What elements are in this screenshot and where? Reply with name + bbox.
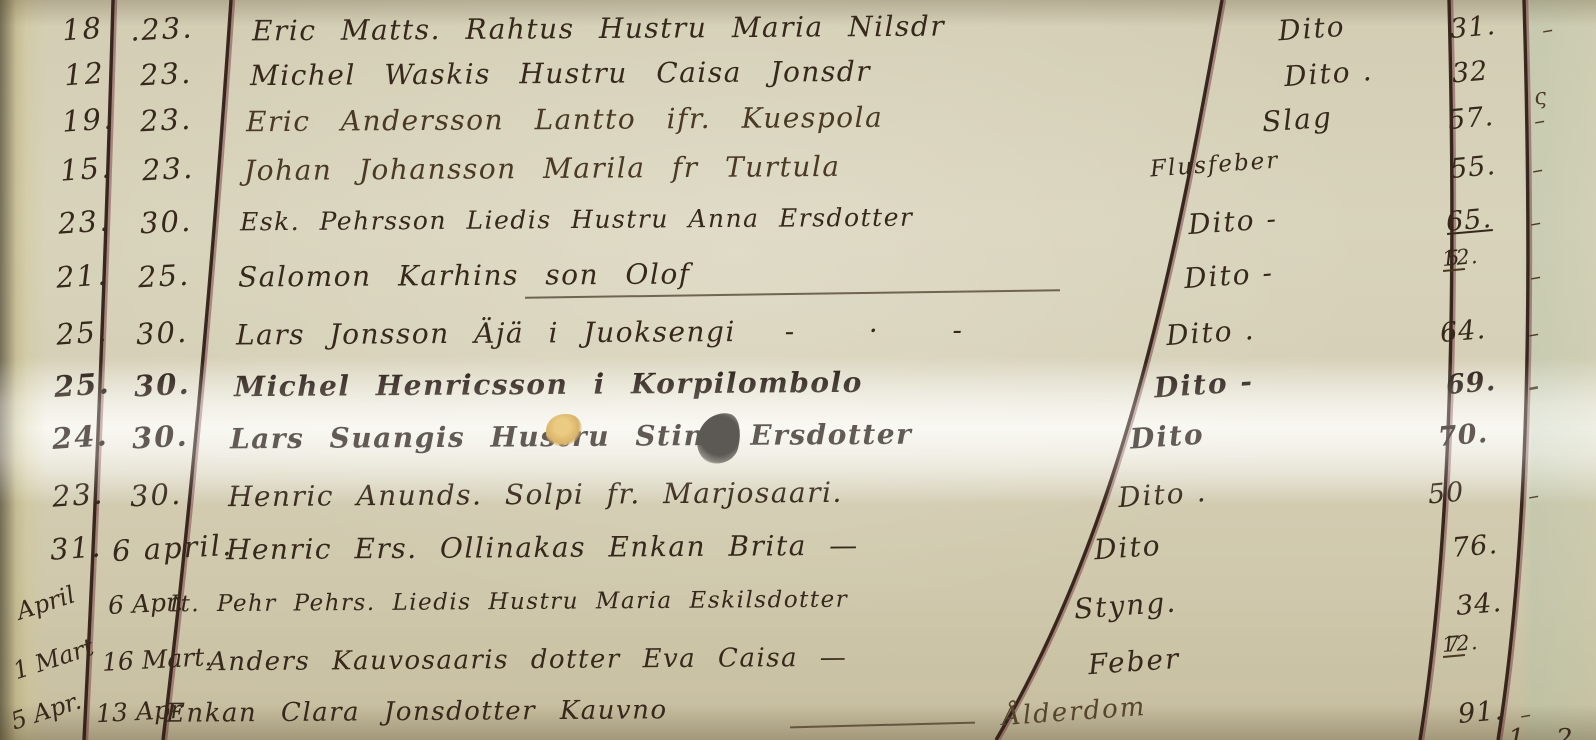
deceased-name: Johan Johansson Marila fr Turtula bbox=[244, 150, 841, 187]
burial-day: 30. bbox=[133, 367, 191, 404]
cause-of-death: Dito . bbox=[1165, 313, 1256, 352]
age-value: 55. bbox=[1449, 150, 1497, 185]
cause-of-death: Feber bbox=[1087, 642, 1181, 681]
table-row: 23. 30. Henric Anunds. Solpi fr. Marjosa… bbox=[0, 478, 1596, 526]
burial-day: 23. bbox=[139, 56, 193, 93]
death-day: 18 bbox=[61, 11, 104, 48]
cause-of-death: Dito - bbox=[1183, 256, 1275, 295]
cause-of-death: Flusfeber bbox=[1149, 148, 1280, 183]
table-row: 1 Mart 16 Mart. Anders Kauvosaaris dotte… bbox=[0, 645, 1596, 693]
cause-of-death: Dito . bbox=[1283, 54, 1374, 93]
age-value: 50 bbox=[1427, 476, 1466, 510]
margin-mark: – bbox=[1530, 157, 1545, 184]
death-day: 15. bbox=[59, 150, 113, 188]
deceased-name: Eric Andersson Lantto ifr. Kuespola bbox=[246, 101, 883, 138]
table-row: April 6 Apr. It. Pehr Pehrs. Liedis Hust… bbox=[0, 589, 1596, 637]
age-value: 65. bbox=[1445, 203, 1493, 238]
age-value: 69. bbox=[1445, 366, 1497, 401]
deceased-name: Enkan Clara Jonsdotter Kauvno bbox=[166, 695, 668, 729]
table-row: 23. 30. Esk. Pehrsson Liedis Hustru Anna… bbox=[0, 205, 1596, 253]
death-day: 5 Apr. bbox=[7, 687, 84, 736]
table-row: 5 Apr. 13 Apr Enkan Clara Jonsdotter Kau… bbox=[0, 697, 1596, 740]
age-value: 31. bbox=[1449, 10, 1497, 45]
margin-mark: – bbox=[1526, 321, 1541, 348]
cause-of-death: Dito bbox=[1277, 10, 1347, 48]
margin-mark: – bbox=[1528, 264, 1543, 291]
cause-of-death: Dito bbox=[1093, 529, 1163, 567]
table-row: 21. 25. Salomon Karhins son Olof Dito - … bbox=[0, 259, 1596, 307]
table-row: 19. 23. Eric Andersson Lantto ifr. Kuesp… bbox=[0, 103, 1596, 151]
deceased-name: Salomon Karhins son Olof bbox=[238, 257, 691, 293]
death-day: 23. bbox=[51, 476, 105, 514]
deceased-name: Henric Ers. Ollinakas Enkan Brita — bbox=[226, 529, 859, 566]
burial-day: 30. bbox=[139, 204, 193, 241]
deceased-name: Michel Waskis Hustru Caisa Jonsdr bbox=[250, 55, 871, 92]
death-day: 24. bbox=[51, 418, 110, 456]
deceased-name: Anders Kauvosaaris dotter Eva Caisa — bbox=[208, 643, 848, 677]
register-page: 18 .23. Eric Matts. Rahtus Hustru Maria … bbox=[0, 0, 1596, 740]
cause-of-death: Ålderdom bbox=[1001, 692, 1147, 732]
deceased-name: Eric Matts. Rahtus Hustru Maria Nilsdr bbox=[252, 10, 945, 48]
death-day: 21. bbox=[55, 257, 109, 295]
death-day: 12 bbox=[63, 56, 106, 93]
margin-mark: – bbox=[1526, 483, 1541, 510]
deceased-name: Esk. Pehrsson Liedis Hustru Anna Ersdott… bbox=[240, 203, 914, 237]
death-day: 25. bbox=[53, 366, 112, 404]
table-row: 25. 30. Michel Henricsson i Korpilombolo… bbox=[0, 368, 1596, 416]
burial-day: .23. bbox=[129, 10, 194, 47]
cause-of-death: Styng. bbox=[1073, 585, 1178, 625]
burial-day: 23. bbox=[141, 151, 195, 188]
age-value: 70. bbox=[1437, 418, 1489, 453]
register-rows: 18 .23. Eric Matts. Rahtus Hustru Maria … bbox=[0, 0, 1596, 740]
age-fraction-denominator: 12. bbox=[1441, 246, 1479, 270]
age-value: 34. bbox=[1455, 587, 1503, 622]
age-value: 57. bbox=[1447, 101, 1495, 136]
age-value: 91. bbox=[1457, 695, 1505, 730]
age-value: 76. bbox=[1451, 529, 1499, 564]
deceased-name: Henric Anunds. Solpi fr. Marjosaari. bbox=[228, 476, 843, 513]
table-row: 15. 23. Johan Johansson Marila fr Turtul… bbox=[0, 152, 1596, 200]
table-row: 31. 6 april. Henric Ers. Ollinakas Enkan… bbox=[0, 531, 1596, 579]
margin-mark: – bbox=[1526, 373, 1541, 401]
death-day: 31. bbox=[49, 529, 103, 567]
age-value: 32 bbox=[1451, 55, 1490, 89]
cause-of-death: Slag bbox=[1261, 101, 1334, 139]
cause-of-death: Dito - bbox=[1187, 202, 1279, 241]
table-row: 25. 30. Lars Jonsson Äjä i Juoksengi - ·… bbox=[0, 316, 1596, 364]
death-month: April bbox=[13, 580, 78, 625]
table-row: 12 23. Michel Waskis Hustru Caisa Jonsdr… bbox=[0, 57, 1596, 105]
burial-day: 30. bbox=[129, 477, 183, 514]
deceased-name: Michel Henricsson i Korpilombolo bbox=[234, 366, 863, 403]
burial-day: 6 april. bbox=[111, 528, 234, 568]
bottom-partial-age: 1 bbox=[1508, 724, 1538, 740]
burial-day: 30. bbox=[131, 419, 189, 456]
margin-mark: – bbox=[1540, 17, 1555, 44]
table-row: 18 .23. Eric Matts. Rahtus Hustru Maria … bbox=[0, 12, 1596, 60]
cause-of-death: Dito bbox=[1129, 417, 1206, 455]
bottom-partial-mark: 2 bbox=[1556, 724, 1586, 740]
deceased-name: Lars Jonsson Äjä i Juoksengi - · - bbox=[236, 313, 964, 351]
burial-day: 25. bbox=[137, 258, 191, 295]
death-day: 19. bbox=[61, 101, 115, 139]
death-day: 25. bbox=[55, 314, 109, 352]
burial-day: 30. bbox=[135, 315, 189, 352]
age-value: 64. bbox=[1439, 314, 1487, 349]
cause-of-death: Dito . bbox=[1117, 475, 1208, 514]
death-day: 23. bbox=[57, 203, 111, 241]
burial-day: 16 Mart. bbox=[101, 642, 213, 677]
death-day: 1 Mart bbox=[10, 633, 98, 685]
margin-mark: – bbox=[1532, 108, 1547, 135]
age-fraction-denominator: 12. bbox=[1441, 632, 1479, 656]
burial-day: 23. bbox=[139, 102, 193, 139]
margin-mark: – bbox=[1528, 210, 1543, 237]
deceased-name: It. Pehr Pehrs. Liedis Hustru Maria Eski… bbox=[170, 587, 848, 618]
cause-of-death: Dito - bbox=[1153, 365, 1255, 405]
table-row: 24. 30. Lars Suangis Hustru Stina Ersdot… bbox=[0, 420, 1596, 468]
